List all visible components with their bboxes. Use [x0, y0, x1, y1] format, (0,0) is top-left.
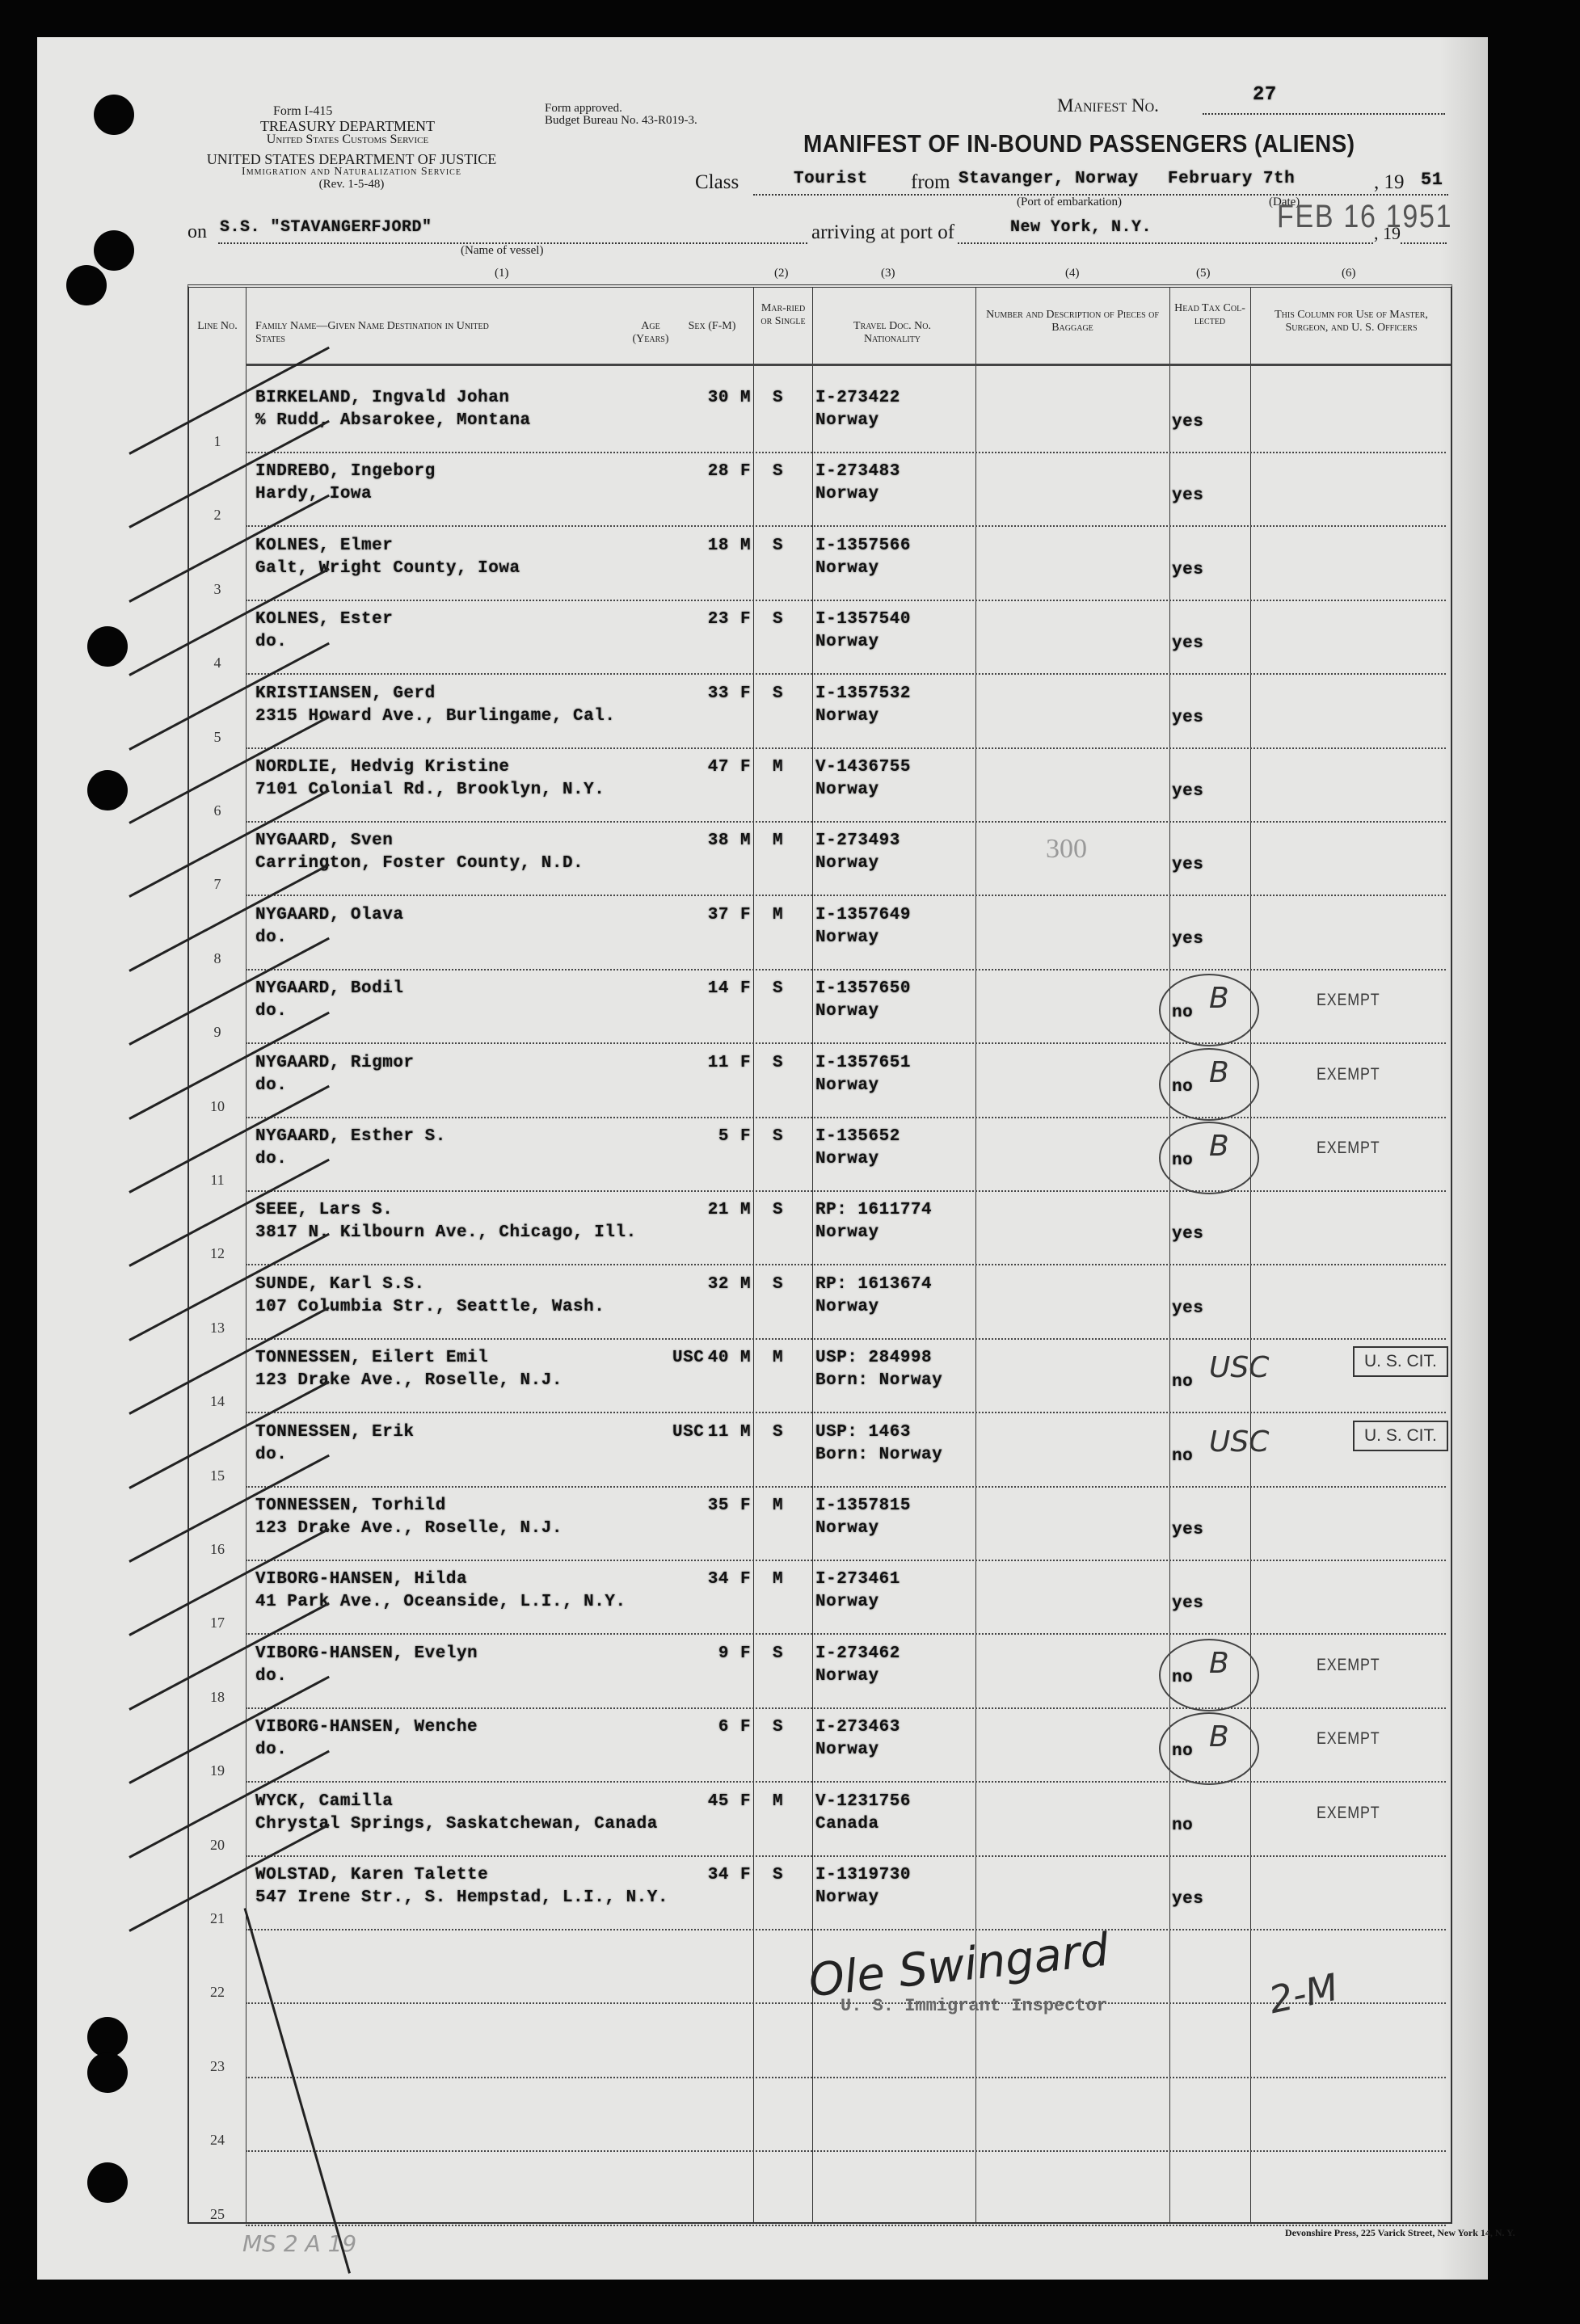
table-row: 5KRISTIANSEN, Gerd2315 Howard Ave., Burl… [189, 676, 1451, 749]
sex: M [740, 1274, 751, 1295]
passenger-name: NYGAARD, Sven [255, 831, 393, 852]
punch-hole [94, 230, 134, 271]
age: 11 [697, 1053, 729, 1074]
marital-status: S [773, 536, 783, 557]
passenger-name: NYGAARD, Bodil [255, 979, 403, 1000]
sex: F [740, 684, 751, 705]
exempt-stamp: EXEMPT [1317, 990, 1380, 1011]
table-row: 2INDREBO, IngeborgHardy, Iowa28FSI-27348… [189, 453, 1451, 527]
table-row: 16TONNESSEN, Torhild123 Drake Ave., Rose… [189, 1488, 1451, 1561]
table-row: 15TONNESSEN, Erikdo.USC11MSUSP: 1463Born… [189, 1414, 1451, 1488]
travel-doc-no: USP: 1463 [815, 1422, 911, 1443]
travel-doc-no: I-1357540 [815, 609, 911, 630]
passenger-table: Line No. Family Name—Given Name Destinat… [187, 284, 1452, 2224]
us-citizen-stamp: U. S. CIT. [1353, 1421, 1448, 1451]
passenger-name: NYGAARD, Olava [255, 905, 403, 926]
travel-doc-no: I-1319730 [815, 1865, 911, 1886]
passenger-name: KRISTIANSEN, Gerd [255, 684, 436, 705]
nationality: Norway [815, 410, 879, 432]
line-number: 13 [189, 1320, 246, 1337]
table-row: 14TONNESSEN, Eilert Emil123 Drake Ave., … [189, 1340, 1451, 1413]
age: 23 [697, 609, 729, 630]
passenger-name: NYGAARD, Rigmor [255, 1053, 415, 1074]
passenger-name: BIRKELAND, Ingvald Johan [255, 388, 509, 409]
sex: F [740, 1791, 751, 1812]
age: 47 [697, 757, 729, 778]
travel-doc-no: I-273422 [815, 388, 900, 409]
line-number: 17 [189, 1615, 246, 1631]
line-number: 25 [189, 2206, 246, 2223]
marital-status: S [773, 1717, 783, 1738]
punch-hole [87, 770, 128, 810]
marital-status: S [773, 1644, 783, 1665]
line-number: 4 [189, 655, 246, 672]
travel-doc-no: USP: 284998 [815, 1348, 932, 1369]
line-number: 22 [189, 1984, 246, 2001]
marital-status: M [773, 1791, 783, 1812]
nationality: Norway [815, 1518, 879, 1539]
age: 45 [697, 1791, 729, 1812]
marital-status: S [773, 1053, 783, 1074]
age: 11 [697, 1422, 729, 1443]
head-tax: yes [1172, 781, 1203, 802]
line-number: 7 [189, 876, 246, 893]
manifest-no-line [1203, 112, 1445, 115]
circled-note-mark [1159, 1048, 1259, 1121]
exempt-stamp: EXEMPT [1317, 1728, 1380, 1749]
travel-doc-no: I-1357815 [815, 1496, 911, 1517]
marital-status: M [773, 831, 783, 852]
tax-note: USC [1209, 1358, 1269, 1379]
punch-hole [94, 95, 134, 135]
column-number: (5) [1196, 267, 1211, 280]
circled-note-mark [1159, 1712, 1259, 1785]
passenger-name: NYGAARD, Esther S. [255, 1126, 446, 1147]
header-officers: This Column for Use of Master, Surgeon, … [1256, 309, 1447, 335]
head-tax: yes [1172, 708, 1203, 729]
destination: do. [255, 928, 287, 949]
travel-doc-no: I-1357651 [815, 1053, 911, 1074]
marital-status: M [773, 1348, 783, 1369]
header-married: Mar-ried or Single [755, 302, 811, 328]
nationality: Norway [815, 780, 879, 801]
passenger-name: KOLNES, Elmer [255, 536, 393, 557]
destination: 547 Irene Str., S. Hempstad, L.I., N.Y. [255, 1888, 668, 1909]
destination: do. [255, 1076, 287, 1097]
travel-doc-no: I-1357650 [815, 979, 911, 1000]
destination: 123 Drake Ave., Roselle, N.J. [255, 1370, 562, 1391]
age: 18 [697, 536, 729, 557]
class-value: Tourist [794, 170, 868, 188]
passenger-name: WOLSTAD, Karen Talette [255, 1865, 488, 1886]
table-row: 19VIBORG-HANSEN, Wenchedo.6FSI-273463Nor… [189, 1709, 1451, 1783]
age: 35 [697, 1496, 729, 1517]
age: 32 [697, 1274, 729, 1295]
head-tax: yes [1172, 855, 1203, 876]
age: 5 [697, 1126, 729, 1147]
age: 34 [697, 1569, 729, 1590]
head-tax: yes [1172, 560, 1203, 581]
passenger-name: TONNESSEN, Erik [255, 1422, 415, 1443]
table-row: 3KOLNES, ElmerGalt, Wright County, Iowa1… [189, 528, 1451, 601]
port-caption: (Port of embarkation) [1017, 196, 1122, 209]
nationality: Canada [815, 1814, 879, 1835]
line-number: 19 [189, 1762, 246, 1779]
manifest-no-label: Manifest No. [1057, 95, 1159, 116]
column-number: (3) [881, 267, 895, 280]
exempt-stamp: EXEMPT [1317, 1803, 1380, 1824]
marital-status: M [773, 757, 783, 778]
line-number: 9 [189, 1024, 246, 1041]
age: 28 [697, 461, 729, 482]
line-number: 10 [189, 1098, 246, 1115]
punch-hole [87, 626, 128, 667]
nationality: Norway [815, 706, 879, 727]
marital-status: S [773, 684, 783, 705]
travel-doc-no: I-273483 [815, 461, 900, 482]
line-number: 2 [189, 507, 246, 524]
exempt-stamp: EXEMPT [1317, 1655, 1380, 1676]
table-row: 4KOLNES, Esterdo.23FSI-1357540Norwayyes [189, 601, 1451, 675]
sex: M [740, 831, 751, 852]
us-citizen-stamp: U. S. CIT. [1353, 1346, 1448, 1377]
line-number: 16 [189, 1541, 246, 1558]
nationality: Norway [815, 1592, 879, 1613]
line-number: 21 [189, 1910, 246, 1927]
passenger-name: VIBORG-HANSEN, Evelyn [255, 1644, 478, 1665]
sex: F [740, 609, 751, 630]
arrival-port: New York, N.Y. [1010, 218, 1152, 237]
age: 37 [697, 905, 729, 926]
header-line-no: Line No. [189, 320, 246, 333]
nationality: Norway [815, 632, 879, 653]
travel-doc-no: I-273461 [815, 1569, 900, 1590]
sex: M [740, 1348, 751, 1369]
table-row: 24 [189, 2078, 1451, 2152]
header-sex: Sex (F-M) [684, 320, 740, 333]
line-number: 3 [189, 581, 246, 598]
from-label: from [911, 171, 950, 194]
destination: do. [255, 1001, 287, 1022]
on-label: on [187, 221, 207, 243]
nationality: Norway [815, 1076, 879, 1097]
header-name: Family Name—Given Name Destination in Un… [255, 320, 498, 346]
sex: F [740, 905, 751, 926]
arrival-date-stamp: FEB 16 1951 [1277, 199, 1452, 235]
destination: do. [255, 632, 287, 653]
circled-note-mark [1159, 1122, 1259, 1194]
destination: do. [255, 1149, 287, 1170]
travel-doc-no: I-1357532 [815, 684, 911, 705]
travel-doc-no: RP: 1611774 [815, 1200, 932, 1221]
passenger-name: SUNDE, Karl S.S. [255, 1274, 425, 1295]
sex: M [740, 388, 751, 409]
head-tax: no [1172, 1372, 1193, 1393]
table-row: 7NYGAARD, SvenCarrington, Foster County,… [189, 823, 1451, 896]
sex: M [740, 1200, 751, 1221]
table-row: 8NYGAARD, Olavado.37FMI-1357649Norwayyes [189, 897, 1451, 970]
marital-status: M [773, 1569, 783, 1590]
head-tax: no [1172, 1446, 1193, 1467]
passenger-name: KOLNES, Ester [255, 609, 393, 630]
line-number: 1 [189, 433, 246, 450]
table-row: 10NYGAARD, Rigmordo.11FSI-1357651Norwayn… [189, 1045, 1451, 1118]
travel-doc-no: V-1436755 [815, 757, 911, 778]
nationality: Norway [815, 1740, 879, 1761]
travel-doc-no: I-273462 [815, 1644, 900, 1665]
destination: do. [255, 1445, 287, 1466]
line-number: 15 [189, 1467, 246, 1484]
line-number: 18 [189, 1689, 246, 1706]
ins-service: Immigration and Naturalization Service [194, 166, 509, 179]
age: 33 [697, 684, 729, 705]
form-number: Form I-415 [273, 104, 332, 118]
head-tax: yes [1172, 486, 1203, 507]
travel-doc-no: I-135652 [815, 1126, 900, 1147]
sex: F [740, 757, 751, 778]
line-number: 6 [189, 802, 246, 819]
customs-service: United States Customs Service [220, 133, 475, 147]
marital-status: S [773, 388, 783, 409]
table-row: 23 [189, 2005, 1451, 2078]
passenger-name: TONNESSEN, Eilert Emil [255, 1348, 488, 1369]
destination: 123 Drake Ave., Roselle, N.J. [255, 1518, 562, 1539]
line-number: 24 [189, 2132, 246, 2149]
marital-status: S [773, 609, 783, 630]
destination: Carrington, Foster County, N.D. [255, 853, 584, 874]
table-row: 9NYGAARD, Bodildo.14FSI-1357650NorwaynoB… [189, 970, 1451, 1044]
travel-doc-no: I-1357566 [815, 536, 911, 557]
tax-note: USC [1209, 1432, 1269, 1453]
travel-doc-no: I-273493 [815, 831, 900, 852]
travel-doc-no: RP: 1613674 [815, 1274, 932, 1295]
travel-doc-no: I-1357649 [815, 905, 911, 926]
destination: 41 Park Ave., Oceanside, L.I., N.Y. [255, 1592, 626, 1613]
budget-bureau: Budget Bureau No. 43-R019-3. [545, 114, 697, 128]
age: 38 [697, 831, 729, 852]
table-row: 1BIRKELAND, Ingvald Johan% Rudd, Absarok… [189, 380, 1451, 453]
nationality: Born: Norway [815, 1370, 942, 1391]
age: 14 [697, 979, 729, 1000]
head-tax: no [1172, 1816, 1193, 1837]
row-divider [246, 2225, 1446, 2226]
port-of-embarkation: Stavanger, Norway [959, 170, 1139, 188]
column-number: (4) [1065, 267, 1080, 280]
sex: F [740, 1496, 751, 1517]
table-row: 13SUNDE, Karl S.S.107 Columbia Str., Sea… [189, 1266, 1451, 1340]
marital-status: S [773, 461, 783, 482]
destination: do. [255, 1666, 287, 1687]
head-tax: yes [1172, 1594, 1203, 1615]
head-tax: yes [1172, 1224, 1203, 1245]
class-label: Class [695, 171, 739, 194]
destination: 107 Columbia Str., Seattle, Wash. [255, 1297, 605, 1318]
header-travel-doc: Travel Doc. No. Nationality [828, 320, 957, 346]
baggage: 300 [1046, 839, 1087, 860]
sex: F [740, 461, 751, 482]
head-tax: yes [1172, 1299, 1203, 1320]
destination: % Rudd, Absarokee, Montana [255, 410, 531, 432]
nationality: Norway [815, 1001, 879, 1022]
nationality: Norway [815, 1666, 879, 1687]
table-row: 21WOLSTAD, Karen Talette547 Irene Str., … [189, 1857, 1451, 1930]
marital-status: S [773, 1200, 783, 1221]
passenger-name: WYCK, Camilla [255, 1791, 393, 1812]
column-number: (2) [774, 267, 789, 280]
punch-hole [87, 2052, 128, 2093]
travel-doc-no: V-1231756 [815, 1791, 911, 1812]
arriving-label: arriving at port of [808, 221, 958, 244]
sex: M [740, 536, 751, 557]
passenger-name: INDREBO, Ingeborg [255, 461, 436, 482]
age: 9 [697, 1644, 729, 1665]
circled-note-mark [1159, 974, 1259, 1046]
nationality: Norway [815, 1223, 879, 1244]
sex: F [740, 979, 751, 1000]
vessel-caption: (Name of vessel) [461, 244, 543, 258]
nationality: Norway [815, 1149, 879, 1170]
revision: (Rev. 1-5-48) [275, 178, 428, 192]
table-row: 12SEEE, Lars S.3817 N. Kilbourn Ave., Ch… [189, 1192, 1451, 1265]
marital-status: S [773, 1126, 783, 1147]
header-head-tax: Head Tax Col-lected [1171, 302, 1249, 328]
sex: M [740, 1422, 751, 1443]
age: 30 [697, 388, 729, 409]
punch-hole [66, 265, 107, 305]
sex: F [740, 1053, 751, 1074]
passenger-name: NORDLIE, Hedvig Kristine [255, 757, 509, 778]
head-tax: yes [1172, 412, 1203, 433]
column-number: (1) [495, 267, 509, 280]
manifest-no: 27 [1253, 84, 1277, 106]
sex: F [740, 1717, 751, 1738]
punch-hole [87, 2162, 128, 2203]
marital-status: S [773, 979, 783, 1000]
destination: 7101 Colonial Rd., Brooklyn, N.Y. [255, 780, 605, 801]
header-age: Age (Years) [622, 320, 679, 346]
sex: F [740, 1865, 751, 1886]
age: 6 [697, 1717, 729, 1738]
destination: do. [255, 1740, 287, 1761]
nationality: Norway [815, 1888, 879, 1909]
line-number: 14 [189, 1393, 246, 1410]
nationality: Norway [815, 853, 879, 874]
destination: 2315 Howard Ave., Burlingame, Cal. [255, 706, 615, 727]
nationality: Norway [815, 558, 879, 579]
nationality: Norway [815, 928, 879, 949]
exempt-stamp: EXEMPT [1317, 1138, 1380, 1159]
passenger-name: SEEE, Lars S. [255, 1200, 393, 1221]
passenger-name: VIBORG-HANSEN, Hilda [255, 1569, 467, 1590]
year-prefix: , 19 [1374, 171, 1405, 194]
destination: Galt, Wright County, Iowa [255, 558, 520, 579]
marital-status: S [773, 1274, 783, 1295]
age: 40 [697, 1348, 729, 1369]
head-tax: yes [1172, 929, 1203, 950]
table-row: 25 [189, 2153, 1451, 2226]
line-number: 5 [189, 729, 246, 746]
table-row: 17VIBORG-HANSEN, Hilda41 Park Ave., Ocea… [189, 1561, 1451, 1635]
passenger-name: TONNESSEN, Torhild [255, 1496, 446, 1517]
nationality: Born: Norway [815, 1445, 942, 1466]
table-row: 18VIBORG-HANSEN, Evelyndo.9FSI-273462Nor… [189, 1636, 1451, 1709]
line-number: 8 [189, 950, 246, 967]
departure-date: February 7th [1168, 170, 1295, 188]
table-row: 6NORDLIE, Hedvig Kristine7101 Colonial R… [189, 749, 1451, 823]
travel-doc-no: I-273463 [815, 1717, 900, 1738]
marital-status: M [773, 1496, 783, 1517]
sex: F [740, 1644, 751, 1665]
age: 21 [697, 1200, 729, 1221]
passenger-name: VIBORG-HANSEN, Wenche [255, 1717, 478, 1738]
head-tax: yes [1172, 1889, 1203, 1910]
circled-note-mark [1159, 1639, 1259, 1711]
table-row: 11NYGAARD, Esther S.do.5FSI-135652Norway… [189, 1118, 1451, 1192]
exempt-stamp: EXEMPT [1317, 1064, 1380, 1085]
year-suffix: 51 [1421, 170, 1443, 190]
line-number: 11 [189, 1172, 246, 1189]
head-tax: yes [1172, 634, 1203, 655]
header-baggage: Number and Description of Pieces of Bagg… [981, 309, 1164, 335]
nationality: Norway [815, 1297, 879, 1318]
inspector-title: U. S. Immigrant Inspector [841, 1996, 1107, 2016]
age: 34 [697, 1865, 729, 1886]
sex: F [740, 1126, 751, 1147]
line-number: 12 [189, 1245, 246, 1262]
line-number: 20 [189, 1837, 246, 1854]
printer-imprint: Devonshire Press, 225 Varick Street, New… [1285, 2227, 1515, 2239]
line-number: 23 [189, 2058, 246, 2075]
marital-status: S [773, 1865, 783, 1886]
marital-status: S [773, 1422, 783, 1443]
punch-hole [87, 2017, 128, 2057]
column-number: (6) [1342, 267, 1356, 280]
sex: F [740, 1569, 751, 1590]
table-row: 20WYCK, CamillaChrystal Springs, Saskatc… [189, 1783, 1451, 1857]
vessel-name: S.S. "STAVANGERFJORD" [220, 218, 432, 237]
nationality: Norway [815, 484, 879, 505]
marital-status: M [773, 905, 783, 926]
page-title: MANIFEST OF IN-BOUND PASSENGERS (ALIENS) [803, 129, 1355, 158]
head-tax: yes [1172, 1520, 1203, 1541]
